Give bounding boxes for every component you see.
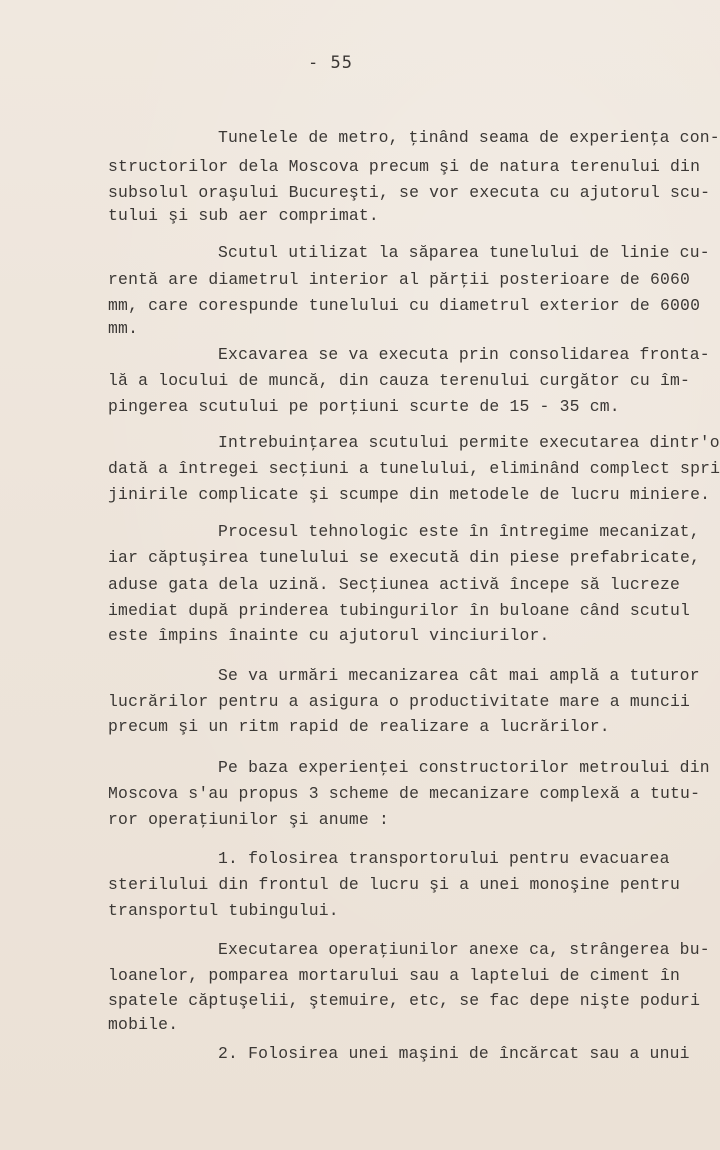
text-line: dată a întregei secţiuni a tunelului, el… <box>108 459 720 479</box>
text-line: spatele căptuşelii, ştemuire, etc, se fa… <box>108 991 700 1011</box>
text-line: jinirile complicate şi scumpe din metode… <box>108 485 710 505</box>
text-line: lă a locului de muncă, din cauza terenul… <box>108 371 690 391</box>
text-line: Pe baza experienţei constructorilor metr… <box>218 758 710 778</box>
text-line: subsolul oraşului Bucureşti, se vor exec… <box>108 183 710 203</box>
text-line: 1. folosirea transportorului pentru evac… <box>218 849 670 869</box>
text-line: aduse gata dela uzină. Secţiunea activă … <box>108 575 680 595</box>
text-line: Tunelele de metro, ţinând seama de exper… <box>218 128 720 148</box>
text-line: structorilor dela Moscova precum şi de n… <box>108 157 700 177</box>
text-line: precum şi un ritm rapid de realizare a l… <box>108 717 610 737</box>
text-line: Intrebuinţarea scutului permite executar… <box>218 433 720 453</box>
text-line: mm. <box>108 319 138 339</box>
text-line: Scutul utilizat la săparea tunelului de … <box>218 243 710 263</box>
text-line: mobile. <box>108 1015 178 1035</box>
text-line: sterilului din frontul de lucru şi a une… <box>108 875 680 895</box>
text-line: iar căptuşirea tunelului se execută din … <box>108 548 700 568</box>
page-number: - 55 <box>308 53 353 73</box>
text-line: imediat după prinderea tubingurilor în b… <box>108 601 690 621</box>
text-line: Se va urmări mecanizarea cât mai amplă a… <box>218 666 700 686</box>
text-line: Moscova s'au propus 3 scheme de mecaniza… <box>108 784 700 804</box>
text-line: lucrărilor pentru a asigura o productivi… <box>108 692 690 712</box>
text-line: mm, care corespunde tunelului cu diametr… <box>108 296 700 316</box>
text-line: este împins înainte cu ajutorul vinciuri… <box>108 626 550 646</box>
text-line: tului şi sub aer comprimat. <box>108 206 379 226</box>
text-line: Procesul tehnologic este în întregime me… <box>218 522 700 542</box>
text-line: Excavarea se va executa prin consolidare… <box>218 345 710 365</box>
text-line: Executarea operaţiunilor anexe ca, strân… <box>218 940 710 960</box>
text-line: ror operaţiunilor şi anume : <box>108 810 389 830</box>
text-line: loanelor, pomparea mortarului sau a lapt… <box>108 966 680 986</box>
document-page: - 55 Tunelele de metro, ţinând seama de … <box>0 0 720 1150</box>
text-line: pingerea scutului pe porţiuni scurte de … <box>108 397 620 417</box>
text-line: rentă are diametrul interior al părţii p… <box>108 270 690 290</box>
text-line: 2. Folosirea unei maşini de încărcat sau… <box>218 1044 690 1064</box>
text-line: transportul tubingului. <box>108 901 339 921</box>
